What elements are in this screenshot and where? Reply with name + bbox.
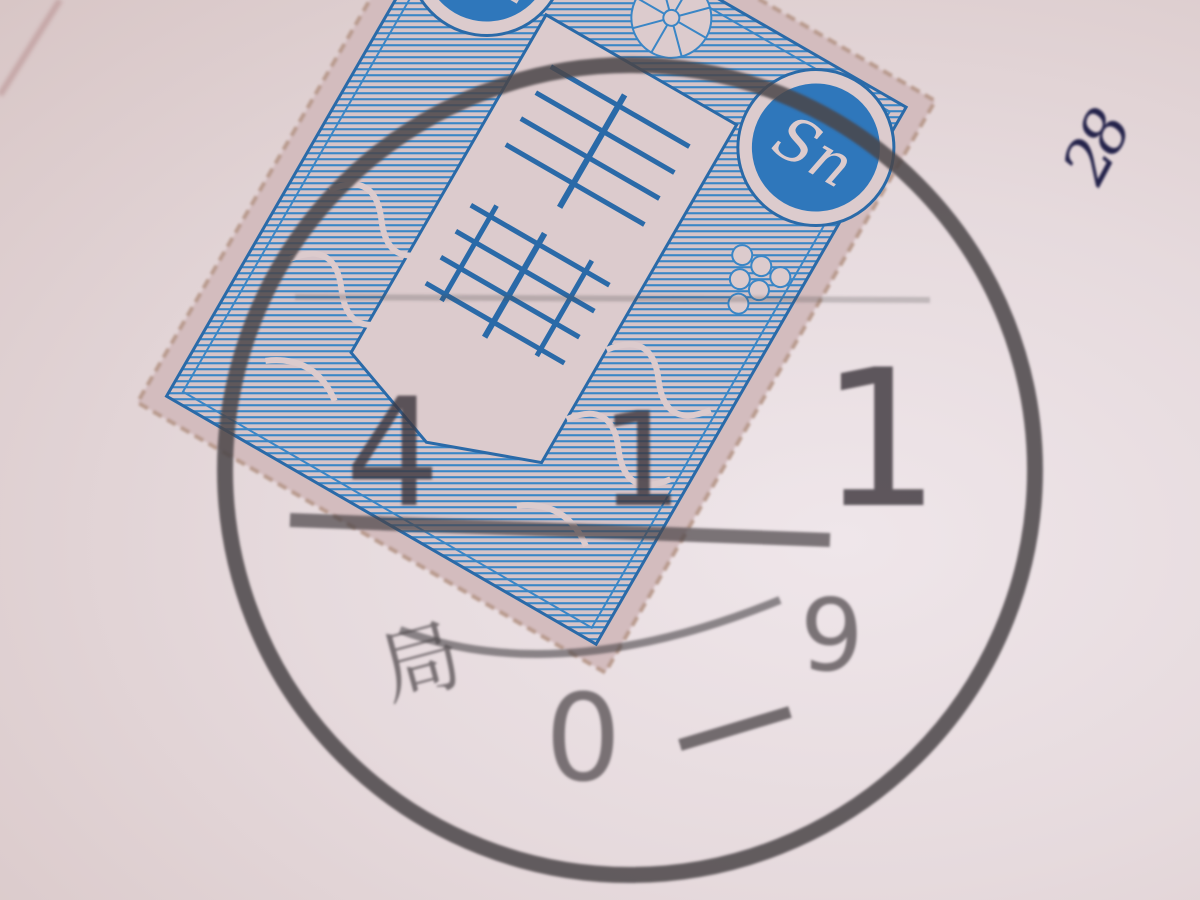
postmark-month: 1 [600,384,683,536]
envelope-edge [0,0,60,95]
svg-text:9: 9 [800,577,864,694]
stamp: 1 1/2 Sn [138,0,936,672]
photo-scene: 1 1/2 Sn [0,0,1200,900]
postmark-year: 1 [820,329,941,550]
postmark-day: 4 [345,367,440,541]
svg-text:0: 0 [545,670,621,809]
photo-canvas: 1 1/2 Sn [0,0,1200,900]
svg-text:局: 局 [370,607,471,718]
